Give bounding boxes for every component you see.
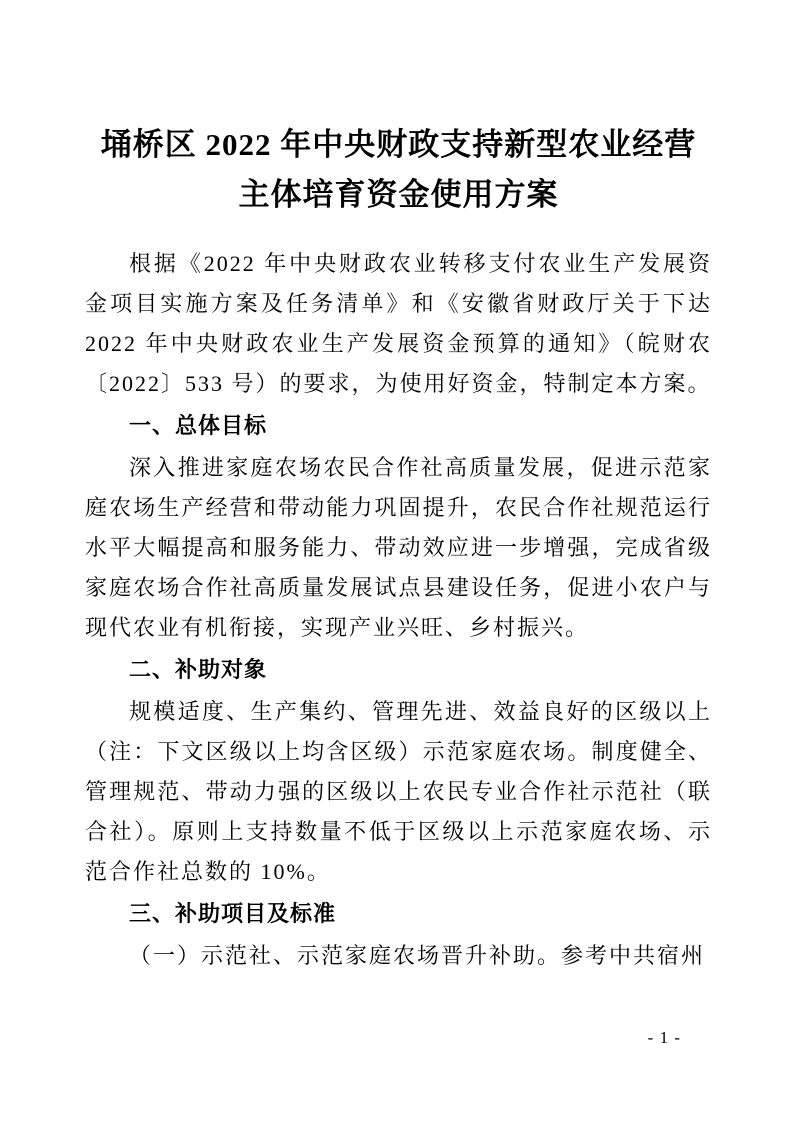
item-1-rest-text: 参考中共宿州 — [561, 943, 705, 968]
paragraph-section-1: 深入推进家庭农场农民合作社高质量发展，促进示范家庭农场生产经营和带动能力巩固提升… — [85, 448, 712, 648]
heading-section-2: 二、补助对象 — [85, 650, 712, 690]
document-title: 埇桥区 2022 年中央财政支持新型农业经营 主体培育资金使用方案 — [85, 120, 712, 220]
page-number: - 1 - — [648, 1028, 681, 1048]
heading-section-1: 一、总体目标 — [85, 406, 712, 446]
paragraph-section-2: 规模适度、生产集约、管理先进、效益良好的区级以上（注：下文区级以上均含区级）示范… — [85, 692, 712, 892]
title-line-2: 主体培育资金使用方案 — [85, 170, 712, 220]
heading-section-3: 三、补助项目及标准 — [85, 894, 712, 934]
paragraph-preamble: 根据《2022 年中央财政农业转移支付农业生产发展资金项目实施方案及任务清单》和… — [85, 244, 712, 404]
title-line-1: 埇桥区 2022 年中央财政支持新型农业经营 — [85, 120, 712, 170]
document-page: 埇桥区 2022 年中央财政支持新型农业经营 主体培育资金使用方案 根据《202… — [0, 0, 793, 1122]
item-1-lead-text: （一）示范社、示范家庭农场晋升补助。 — [129, 943, 561, 968]
paragraph-section-3-item-1: （一）示范社、示范家庭农场晋升补助。参考中共宿州 — [85, 936, 712, 976]
